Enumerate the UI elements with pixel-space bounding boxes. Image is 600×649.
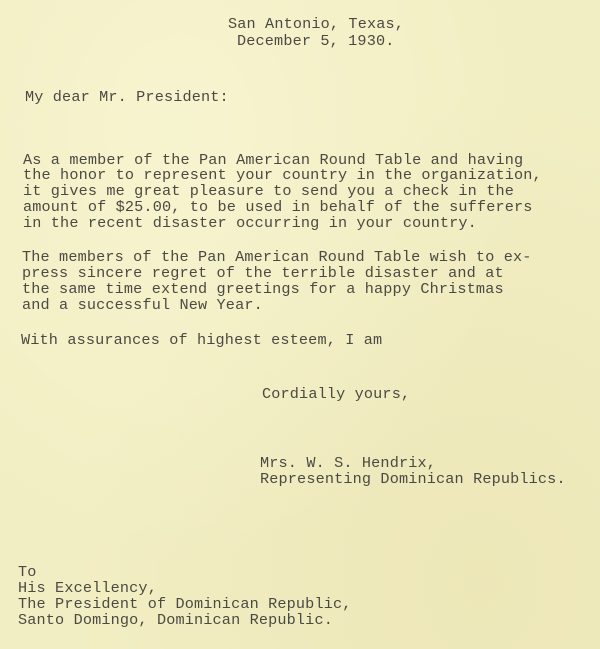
addressee-line: To bbox=[18, 564, 37, 580]
addressee-line: Santo Domingo, Dominican Republic. bbox=[18, 612, 333, 628]
signature-title: Representing Dominican Republics. bbox=[260, 471, 566, 487]
paragraph1-line: it gives me great pleasure to send you a… bbox=[23, 183, 514, 199]
addressee-line: His Excellency, bbox=[18, 580, 157, 596]
paragraph1-line: in the recent disaster occurring in your… bbox=[23, 215, 477, 231]
paragraph2-line: the same time extend greetings for a hap… bbox=[22, 281, 504, 297]
paragraph2-line: The members of the Pan American Round Ta… bbox=[22, 249, 532, 265]
paragraph2-line: press sincere regret of the terrible dis… bbox=[22, 265, 504, 281]
salutation: My dear Mr. President: bbox=[25, 89, 229, 105]
paragraph2-line: and a successful New Year. bbox=[22, 297, 263, 313]
letter-page: San Antonio, Texas, December 5, 1930. My… bbox=[0, 0, 600, 649]
complimentary-close: Cordially yours, bbox=[262, 386, 410, 402]
paragraph1-line: amount of $25.00, to be used in behalf o… bbox=[23, 199, 533, 215]
addressee-line: The President of Dominican Republic, bbox=[18, 596, 352, 612]
closing-statement: With assurances of highest esteem, I am bbox=[21, 332, 382, 348]
heading-date: December 5, 1930. bbox=[237, 33, 395, 49]
heading-place: San Antonio, Texas, bbox=[228, 16, 404, 32]
signature-name: Mrs. W. S. Hendrix, bbox=[260, 455, 436, 471]
paragraph1-line: the honor to represent your country in t… bbox=[23, 167, 542, 183]
